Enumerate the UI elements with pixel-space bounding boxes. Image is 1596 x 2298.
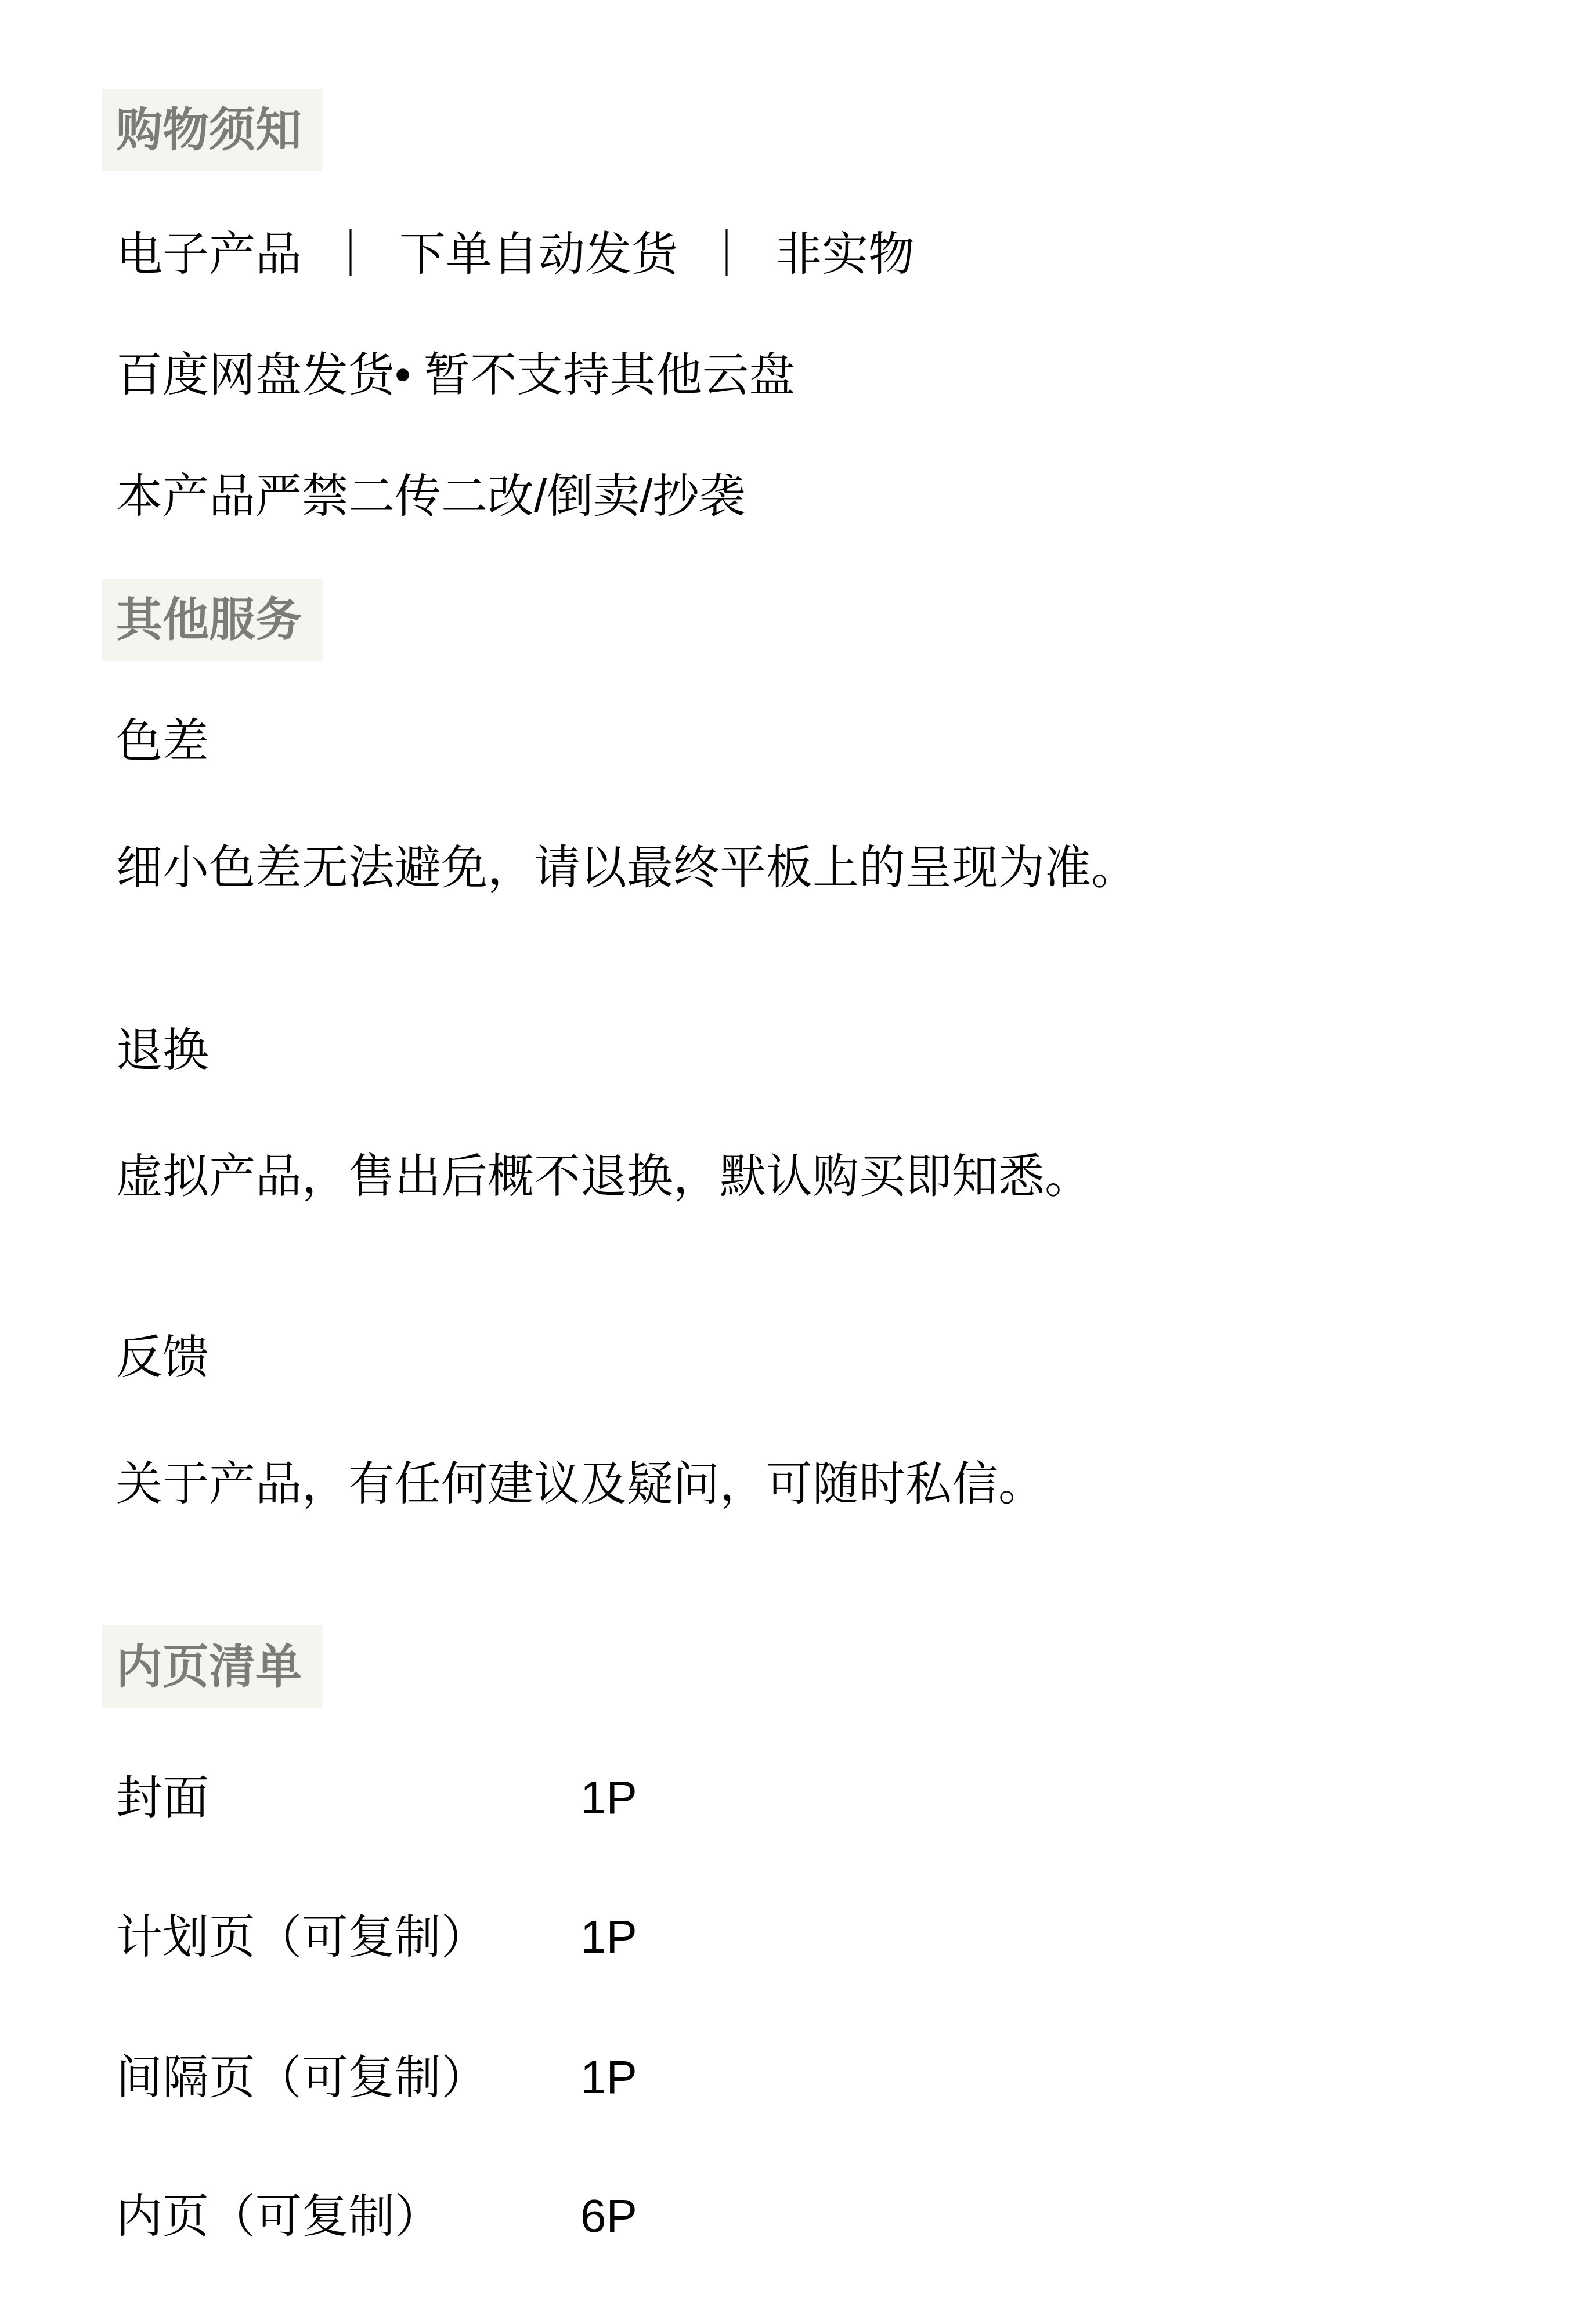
service-label-color-difference: 色差	[116, 709, 1596, 773]
section-title-shopping-notice: 购物须知	[102, 89, 323, 171]
page-count: 1P	[580, 1905, 637, 1969]
service-description-color-difference: 细小色差无法避免，请以最终平板上的呈现为准。	[116, 836, 1596, 899]
page-list-row-cover: 封面 1P	[116, 1766, 1596, 1830]
service-description-returns: 虚拟产品，售出后概不退换，默认购买即知悉。	[116, 1144, 1596, 1208]
non-physical-segment: 非实物	[775, 228, 915, 280]
service-label-feedback: 反馈	[116, 1325, 1596, 1389]
separator-bar: ｜	[327, 228, 374, 280]
auto-delivery-segment: 下单自动发货	[399, 228, 678, 280]
product-type-line: 电子产品｜下单自动发货｜非实物	[116, 222, 1596, 286]
section-title-other-services: 其他服务	[102, 579, 323, 661]
page-name: 内页（可复制）	[116, 2184, 580, 2248]
delivery-method-line: 百度网盘发货• 暂不支持其他云盘	[116, 343, 1596, 407]
page-list-row-inner-page: 内页（可复制） 6P	[116, 2184, 1596, 2248]
service-label-returns: 退换	[116, 1018, 1596, 1082]
separator-bar: ｜	[703, 228, 750, 280]
page-count: 1P	[580, 2046, 637, 2109]
page-list-row-plan-page: 计划页（可复制） 1P	[116, 1905, 1596, 1969]
product-notice-page: 购物须知 电子产品｜下单自动发货｜非实物 百度网盘发货• 暂不支持其他云盘 本产…	[0, 0, 1596, 2298]
service-description-feedback: 关于产品，有任何建议及疑问，可随时私信。	[116, 1452, 1596, 1516]
section-title-page-list: 内页清单	[102, 1625, 323, 1708]
page-list-row-divider-page: 间隔页（可复制） 1P	[116, 2046, 1596, 2109]
page-count: 1P	[580, 1766, 637, 1830]
page-name: 封面	[116, 1766, 580, 1830]
page-count: 6P	[580, 2184, 637, 2248]
prohibition-line: 本产品严禁二传二改/倒卖/抄袭	[116, 464, 1596, 528]
page-name: 间隔页（可复制）	[116, 2046, 580, 2109]
page-name: 计划页（可复制）	[116, 1905, 580, 1969]
product-type-segment: 电子产品	[116, 228, 302, 280]
